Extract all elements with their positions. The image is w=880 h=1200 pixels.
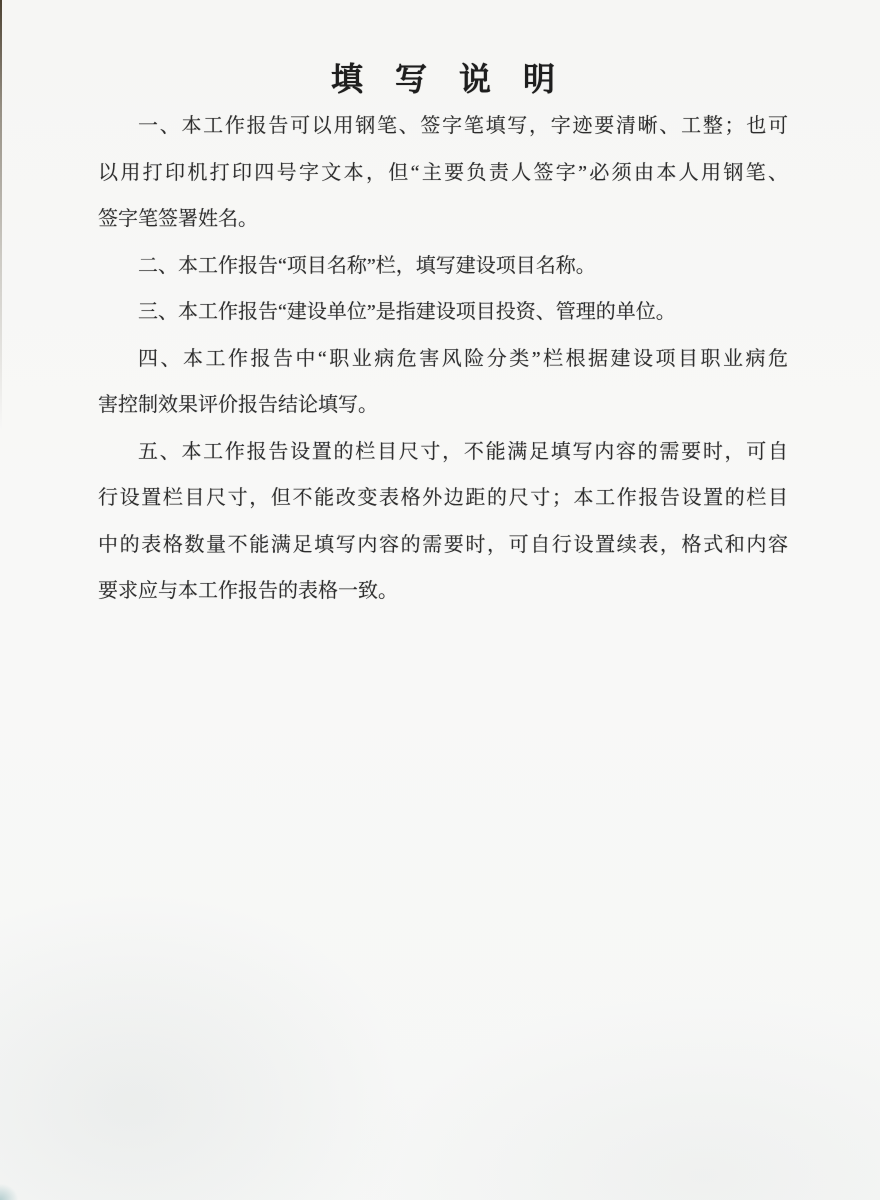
paragraph-line: 要求应与本工作报告的表格一致。 bbox=[98, 568, 788, 615]
paragraph-line: 行设置栏目尺寸，但不能改变表格外边距的尺寸；本工作报告设置的栏目 bbox=[98, 475, 788, 522]
paragraph-line: 五、本工作报告设置的栏目尺寸，不能满足填写内容的需要时，可自 bbox=[98, 429, 788, 476]
paragraph-line: 害控制效果评价报告结论填写。 bbox=[98, 382, 788, 429]
paragraph-line: 四、本工作报告中“职业病危害风险分类”栏根据建设项目职业病危 bbox=[98, 336, 788, 383]
document-title: 填 写 说 明 bbox=[98, 58, 788, 100]
paragraph-line: 三、本工作报告“建设单位”是指建设项目投资、管理的单位。 bbox=[98, 289, 788, 336]
scan-corner-smudge bbox=[0, 1184, 18, 1200]
scan-edge-artifact bbox=[0, 0, 2, 430]
paragraph-line: 中的表格数量不能满足填写内容的需要时，可自行设置续表，格式和内容 bbox=[98, 522, 788, 569]
paragraph-line: 一、本工作报告可以用钢笔、签字笔填写，字迹要清晰、工整；也可 bbox=[98, 103, 788, 150]
document-body: 一、本工作报告可以用钢笔、签字笔填写，字迹要清晰、工整；也可 以用打印机打印四号… bbox=[98, 103, 788, 615]
paragraph-line: 以用打印机打印四号字文本，但“主要负责人签字”必须由本人用钢笔、 bbox=[98, 150, 788, 197]
scanned-page: 填 写 说 明 一、本工作报告可以用钢笔、签字笔填写，字迹要清晰、工整；也可 以… bbox=[0, 0, 880, 1200]
paragraph-line: 二、本工作报告“项目名称”栏，填写建设项目名称。 bbox=[98, 243, 788, 290]
paragraph-line: 签字笔签署姓名。 bbox=[98, 196, 788, 243]
